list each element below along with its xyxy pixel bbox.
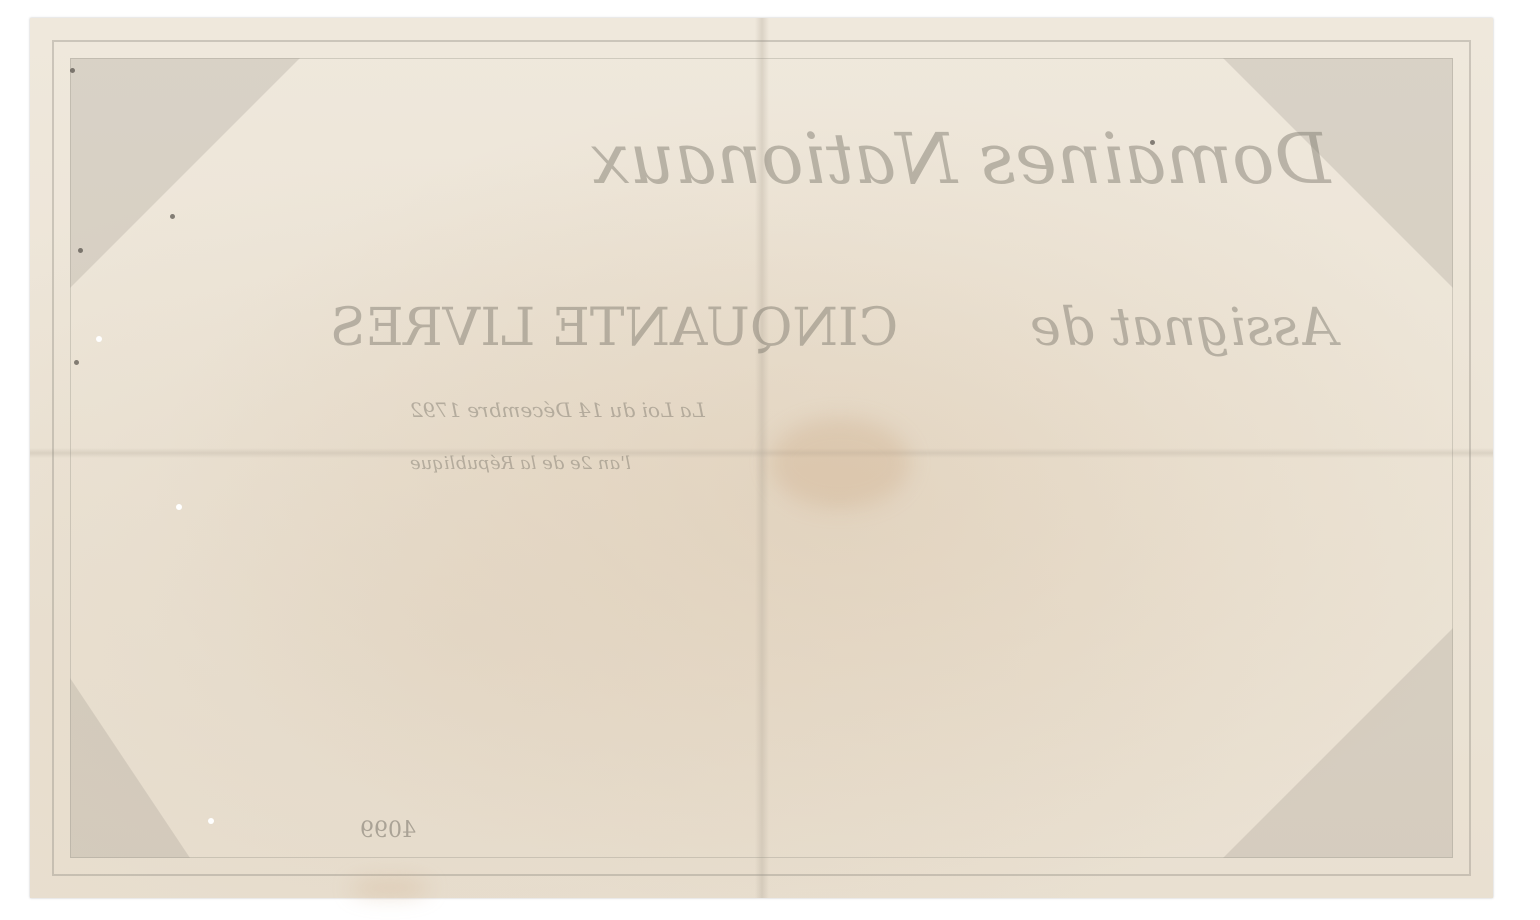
ink-speck <box>78 248 83 253</box>
pin-hole <box>96 336 102 342</box>
showthrough-law: La Loi du 14 Décembre 1792 <box>410 398 705 422</box>
serial-number: 4099 <box>360 818 416 843</box>
ink-speck <box>74 360 79 365</box>
showthrough-year: l'an 2e de la République <box>410 453 631 474</box>
foxing-stain <box>770 418 910 508</box>
ink-speck <box>70 68 75 73</box>
edge-stain <box>350 878 430 898</box>
showthrough-assignat: Assignat de <box>1030 298 1337 358</box>
pin-hole <box>208 818 214 824</box>
showthrough-value: CINQUANTE LIVRES <box>330 298 898 358</box>
ink-speck <box>1150 140 1155 145</box>
pin-hole <box>176 504 182 510</box>
showthrough-title: Domaines Nationaux <box>590 118 1330 200</box>
banknote: Domaines Nationaux CINQUANTE LIVRES Assi… <box>30 18 1493 898</box>
ink-speck <box>170 214 175 219</box>
